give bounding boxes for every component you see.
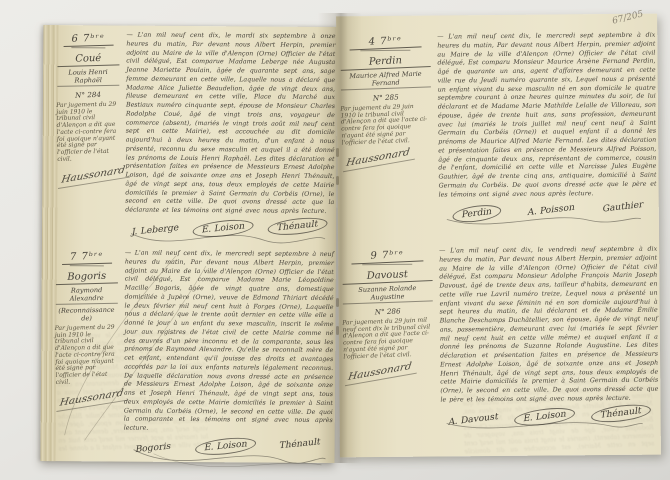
act-label-surname: Coué [57, 52, 119, 67]
entry-bogoris-margin: 7 7ᵇʳᵉ Bogoris Raymond Alexandre (Reconn… [55, 249, 118, 457]
date-underline [70, 265, 104, 266]
entry-perdin: 4 7ᵇʳᵉ Perdin Maurice Alfred Marie Ferna… [340, 32, 657, 247]
photo-background: 6 7ᵇʳᵉ Coué Louis Henri Raphaël N° 284 P… [0, 0, 670, 480]
clerk-signature: Haussonard [56, 387, 130, 412]
entry-davoust: 9 7ᵇʳᵉ Davoust Suzanne Rolande Augustine… [342, 246, 659, 461]
clerk-signature: Haussonard [58, 164, 132, 189]
binding-stitch [336, 176, 339, 185]
binding-stitch [336, 148, 339, 157]
entry-perdin-body: — L'an mil neuf cent dix, le mercredi se… [437, 32, 657, 246]
entry-coue: 6 7ᵇʳᵉ Coué Louis Henri Raphaël N° 284 P… [56, 31, 335, 245]
signature: Gauthier [602, 200, 644, 215]
act-body-text: — L'an mil neuf cent dix, le vendredi ne… [439, 246, 658, 405]
rectification-note: Par jugement du 29 juin 1910 le tribunal… [56, 102, 119, 164]
signature: A. Poisson [527, 203, 576, 218]
act-label-surname: Perdin [340, 54, 430, 71]
act-label-givennames: Raymond Alexandre [55, 286, 117, 305]
right-page: 4 7ᵇʳᵉ Perdin Maurice Alfred Marie Ferna… [336, 14, 661, 458]
signature: Bogoris [135, 441, 172, 454]
clerk-signature: Haussonard [345, 360, 419, 386]
left-page-content: 6 7ᵇʳᵉ Coué Louis Henri Raphaël N° 284 P… [54, 25, 335, 463]
clerk-signature: Haussonard [343, 146, 417, 172]
act-body-text: — L'an mil neuf cent dix, le mercredi se… [124, 250, 334, 435]
left-page: 6 7ᵇʳᵉ Coué Louis Henri Raphaël N° 284 P… [40, 25, 337, 463]
signature: J. Leberge [131, 223, 180, 238]
signature: Thénault [279, 437, 322, 451]
right-page-content: 4 7ᵇʳᵉ Perdin Maurice Alfred Marie Ferna… [340, 14, 659, 458]
entry-davoust-margin: 9 7ᵇʳᵉ Davoust Suzanne Rolande Augustine… [342, 248, 434, 461]
margin-date: 9 7ᵇʳᵉ [351, 248, 423, 264]
entry-bogoris: 7 7ᵇʳᵉ Bogoris Raymond Alexandre (Reconn… [55, 249, 334, 459]
act-label-type: (Reconnaissance de) [55, 306, 117, 323]
act-body-text: — L'an mil neuf cent dix, le mercredi se… [437, 32, 656, 200]
rectification-note: Par jugement du 29 juin mil neuf cent di… [342, 317, 433, 360]
act-body-text: — L'an mil neuf cent dix, le mardi six s… [125, 32, 335, 217]
date-underline [71, 47, 105, 48]
binding-stitch [336, 326, 339, 335]
margin-date: 7 7ᵇʳᵉ [62, 251, 112, 265]
rectification-note: Par jugement du 29 juin 1910 le tribunal… [340, 103, 431, 146]
act-label-givennames: Maurice Alfred Marie Fernand [340, 69, 431, 90]
entry-bogoris-body: — L'an mil neuf cent dix, le mercredi se… [124, 250, 334, 459]
date-underline [361, 50, 411, 51]
binding-stitch [336, 298, 339, 307]
signature: Thénault [267, 215, 329, 237]
entry-davoust-body: — L'an mil neuf cent dix, le vendredi ne… [439, 246, 659, 460]
margin-date: 4 7ᵇʳᵉ [349, 34, 421, 50]
entry-coue-body: — L'an mil neuf cent dix, le mardi six s… [125, 32, 335, 245]
act-label-givennames: Suzanne Rolande Augustine [342, 283, 433, 304]
signature: A. Davoust [448, 412, 499, 428]
act-label-givennames: Louis Henri Raphaël [57, 68, 119, 87]
margin-date: 6 7ᵇʳᵉ [63, 33, 113, 47]
act-label-surname: Bogoris [56, 270, 118, 285]
act-label-surname: Davoust [342, 268, 432, 285]
act-number: N° 284 [57, 89, 119, 100]
entry-perdin-margin: 4 7ᵇʳᵉ Perdin Maurice Alfred Marie Ferna… [340, 34, 432, 247]
rectification-note: Par jugement du 29 juin 1910 le tribunal… [55, 325, 118, 387]
entry-coue-margin: 6 7ᵇʳᵉ Coué Louis Henri Raphaël N° 284 P… [56, 31, 119, 243]
act-number: N° 285 [341, 91, 431, 104]
date-underline [362, 264, 412, 265]
